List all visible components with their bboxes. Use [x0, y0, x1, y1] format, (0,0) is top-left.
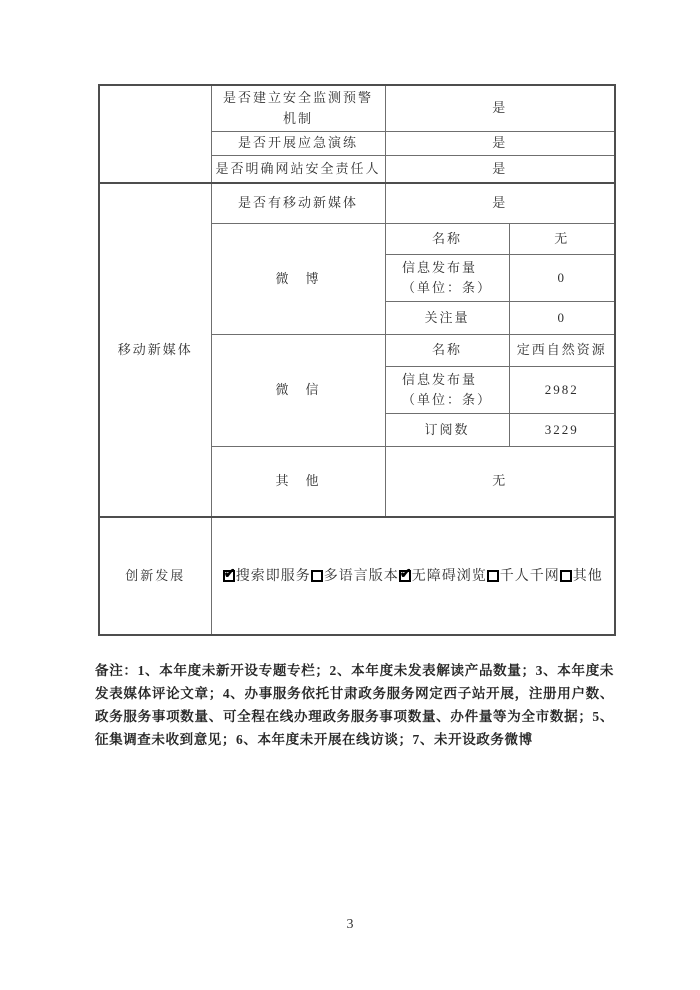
- sub-value-cell: 3229: [509, 413, 615, 446]
- sub-value-cell: 0: [509, 301, 615, 334]
- row-value-cell: 是: [385, 85, 615, 131]
- annual-report-table: 是否建立安全监测预警机制 是 是否开展应急演练 是 是否明确网站安全责任人 是 …: [98, 84, 616, 636]
- other-label-cell: 其 他: [211, 446, 385, 517]
- group-cell-continued: [99, 85, 211, 183]
- row-label-cell: 是否明确网站安全责任人: [211, 155, 385, 183]
- sub-label-cell: 名称: [385, 334, 509, 366]
- weibo-label-cell: 微 博: [211, 223, 385, 334]
- sub-value-cell: 定西自然资源: [509, 334, 615, 366]
- document-page: { "table": { "security_rows": [ { "label…: [0, 0, 700, 990]
- table-row: 创新发展 搜索即服务多语言版本无障碍浏览千人千网其他: [99, 517, 615, 635]
- checkbox-icon[interactable]: [560, 570, 572, 582]
- innovation-options-cell: 搜索即服务多语言版本无障碍浏览千人千网其他: [211, 517, 615, 635]
- sub-label-cell: 关注量: [385, 301, 509, 334]
- row-value-cell: 是: [385, 131, 615, 155]
- checkbox-icon[interactable]: [399, 570, 411, 582]
- checkbox-icon[interactable]: [223, 570, 235, 582]
- innovation-option-label: 无障碍浏览: [412, 569, 487, 584]
- checkbox-icon[interactable]: [311, 570, 323, 582]
- group-cell-mobile-media: 移动新媒体: [99, 183, 211, 517]
- innovation-option-label: 千人千网: [500, 569, 560, 584]
- innovation-options-line: 搜索即服务多语言版本无障碍浏览千人千网其他: [223, 569, 603, 584]
- sub-label-cell: 信息发布量 （单位：条）: [385, 254, 509, 301]
- other-value-cell: 无: [385, 446, 615, 517]
- table-row: 移动新媒体 是否有移动新媒体 是: [99, 183, 615, 223]
- table-row: 是否建立安全监测预警机制 是: [99, 85, 615, 131]
- checkbox-icon[interactable]: [487, 570, 499, 582]
- sub-label-cell: 订阅数: [385, 413, 509, 446]
- group-cell-innovation: 创新发展: [99, 517, 211, 635]
- row-value-cell: 是: [385, 155, 615, 183]
- sub-value-cell: 2982: [509, 366, 615, 413]
- remarks-paragraph: 备注：1、本年度未新开设专题专栏；2、本年度未发表解读产品数量；3、本年度未发表…: [95, 659, 614, 751]
- sub-label: 信息发布量 （单位：条）: [402, 258, 492, 298]
- row-value-cell: 是: [385, 183, 615, 223]
- row-label-cell: 是否开展应急演练: [211, 131, 385, 155]
- sub-value-cell: 0: [509, 254, 615, 301]
- wechat-label-cell: 微 信: [211, 334, 385, 446]
- row-label-cell: 是否建立安全监测预警机制: [211, 85, 385, 131]
- innovation-option-label: 搜索即服务: [236, 569, 311, 584]
- sub-value-cell: 无: [509, 223, 615, 254]
- sub-label-cell: 名称: [385, 223, 509, 254]
- innovation-option-label: 多语言版本: [324, 569, 399, 584]
- row-label: 是否建立安全监测预警机制: [222, 87, 374, 129]
- sub-label: 信息发布量 （单位：条）: [402, 370, 492, 410]
- page-number: 3: [0, 917, 700, 933]
- row-label-cell: 是否有移动新媒体: [211, 183, 385, 223]
- sub-label-cell: 信息发布量 （单位：条）: [385, 366, 509, 413]
- innovation-option-label: 其他: [573, 569, 603, 584]
